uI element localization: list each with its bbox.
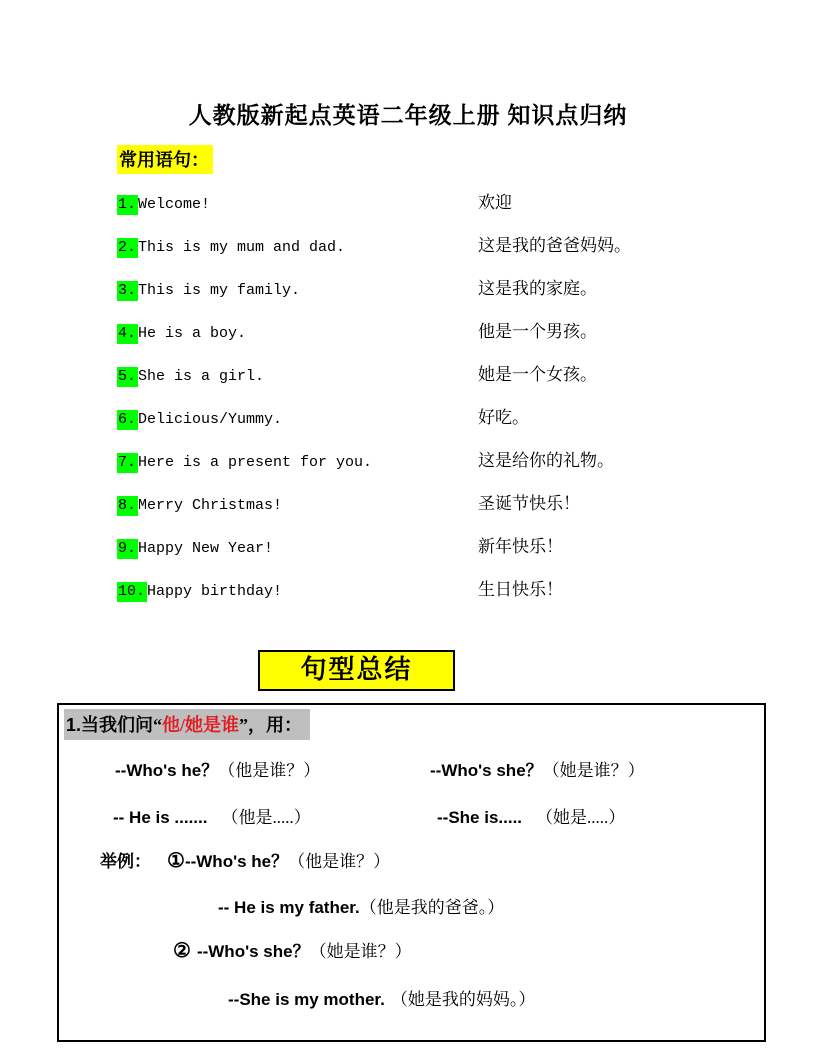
phrase-number-highlight: 9.	[117, 539, 138, 559]
example-1-answer-english: -- He is my father.	[218, 898, 360, 917]
example-2-question-english: --Who's she？	[197, 942, 310, 961]
phrase-chinese: 生日快乐！	[478, 575, 563, 600]
phrase-english-text: Happy birthday!	[147, 583, 282, 600]
she-is-chinese: （她是.....）	[536, 808, 625, 827]
phrase-english-text: Welcome!	[138, 196, 210, 213]
phrase-row: 10.Happy birthday! 生日快乐！	[117, 575, 757, 593]
phrase-row: 4.He is a boy. 他是一个男孩。	[117, 317, 757, 335]
phrase-row: 6.Delicious/Yummy. 好吃。	[117, 403, 757, 421]
example-2-answer: --She is my mother.（她是我的妈妈。）	[228, 985, 535, 1010]
whos-she-english: --Who's she？	[430, 761, 543, 780]
phrase-row: 1.Welcome! 欢迎	[117, 188, 757, 206]
line-whos-he: --Who's he？（他是谁？）	[115, 756, 320, 781]
rule-number: 1.	[66, 715, 81, 735]
whos-he-english: --Who's he？	[115, 761, 218, 780]
phrase-english: 2.This is my mum and dad.	[117, 239, 478, 256]
section-heading-common-phrases: 常用语句：	[117, 145, 213, 174]
sentence-summary-banner: 句型总结	[258, 650, 455, 691]
phrase-chinese: 新年快乐！	[478, 532, 563, 557]
phrase-chinese: 好吃。	[478, 403, 529, 428]
phrase-english: 3.This is my family.	[117, 282, 478, 299]
phrase-english-text: This is my mum and dad.	[138, 239, 345, 256]
phrase-chinese: 他是一个男孩。	[478, 317, 597, 342]
line-whos-she: --Who's she？（她是谁？）	[430, 756, 645, 781]
he-is-chinese: （他是.....）	[221, 808, 310, 827]
phrase-chinese: 这是我的爸爸妈妈。	[478, 231, 631, 256]
phrase-chinese: 欢迎	[478, 188, 512, 213]
phrase-english: 1.Welcome!	[117, 196, 478, 213]
phrase-row: 8.Merry Christmas! 圣诞节快乐！	[117, 489, 757, 507]
example-2-answer-chinese: （她是我的妈妈。）	[391, 990, 536, 1009]
phrase-english: 6.Delicious/Yummy.	[117, 411, 478, 428]
phrase-number-highlight: 6.	[117, 410, 138, 430]
phrase-english: 9.Happy New Year!	[117, 540, 478, 557]
phrase-number-highlight: 10.	[117, 582, 147, 602]
example-label: 举例：	[100, 852, 151, 871]
example-1-question-english: --Who's he？	[185, 852, 288, 871]
phrase-english-text: Happy New Year!	[138, 540, 273, 557]
phrase-english-text: Delicious/Yummy.	[138, 411, 282, 428]
phrase-number-highlight: 3.	[117, 281, 138, 301]
phrase-chinese: 她是一个女孩。	[478, 360, 597, 385]
phrase-english-text: This is my family.	[138, 282, 300, 299]
document-page: 人教版新起点英语二年级上册 知识点归纳 常用语句： 1.Welcome! 欢迎 …	[0, 0, 816, 1056]
phrase-row: 7.Here is a present for you. 这是给你的礼物。	[117, 446, 757, 464]
phrase-chinese: 圣诞节快乐！	[478, 489, 580, 514]
rule-red-highlight: 他/她是谁	[162, 715, 239, 735]
phrase-english: 10.Happy birthday!	[117, 583, 478, 600]
common-phrases-list: 1.Welcome! 欢迎 2.This is my mum and dad. …	[117, 188, 757, 618]
phrase-row: 3.This is my family. 这是我的家庭。	[117, 274, 757, 292]
he-is-english: -- He is .......	[113, 808, 207, 827]
phrase-english: 4.He is a boy.	[117, 325, 478, 342]
phrase-number-highlight: 1.	[117, 195, 138, 215]
sentence-summary-box: 1.当我们问“他/她是谁”，用： --Who's he？（他是谁？） --Who…	[57, 703, 766, 1042]
page-title: 人教版新起点英语二年级上册 知识点归纳	[0, 97, 816, 130]
phrase-english-text: Here is a present for you.	[138, 454, 372, 471]
phrase-number-highlight: 5.	[117, 367, 138, 387]
circled-two: ②	[173, 940, 191, 962]
phrase-english: 7.Here is a present for you.	[117, 454, 478, 471]
example-1-answer-chinese: （他是我的爸爸。）	[360, 898, 505, 917]
example-1-answer: -- He is my father.（他是我的爸爸。）	[218, 893, 504, 918]
phrase-row: 2.This is my mum and dad. 这是我的爸爸妈妈。	[117, 231, 757, 249]
phrase-chinese: 这是给你的礼物。	[478, 446, 614, 471]
line-she-is: --She is.....（她是.....）	[437, 803, 625, 828]
example-2-question: ②--Who's she？（她是谁？）	[173, 937, 412, 963]
line-he-is: -- He is .......（他是.....）	[113, 803, 311, 828]
rule-text-after: ”，用：	[239, 715, 302, 735]
phrase-number-highlight: 2.	[117, 238, 138, 258]
whos-he-chinese: （他是谁？）	[218, 761, 320, 780]
phrase-number-highlight: 7.	[117, 453, 138, 473]
phrase-english: 8.Merry Christmas!	[117, 497, 478, 514]
phrase-chinese: 这是我的家庭。	[478, 274, 597, 299]
example-2-answer-english: --She is my mother.	[228, 990, 385, 1009]
rule-text-before: 当我们问“	[81, 715, 162, 735]
phrase-english-text: Merry Christmas!	[138, 497, 282, 514]
example-2-question-chinese: （她是谁？）	[310, 942, 412, 961]
line-example-1: 举例：①--Who's he？（他是谁？）	[100, 847, 390, 873]
phrase-english: 5.She is a girl.	[117, 368, 478, 385]
rule-1-heading: 1.当我们问“他/她是谁”，用：	[64, 709, 310, 740]
whos-she-chinese: （她是谁？）	[543, 761, 645, 780]
phrase-number-highlight: 4.	[117, 324, 138, 344]
she-is-english: --She is.....	[437, 808, 522, 827]
circled-one: ①	[167, 850, 185, 872]
example-1-question-chinese: （他是谁？）	[288, 852, 390, 871]
phrase-row: 9.Happy New Year! 新年快乐！	[117, 532, 757, 550]
phrase-english-text: He is a boy.	[138, 325, 246, 342]
phrase-number-highlight: 8.	[117, 496, 138, 516]
phrase-row: 5.She is a girl. 她是一个女孩。	[117, 360, 757, 378]
phrase-english-text: She is a girl.	[138, 368, 264, 385]
